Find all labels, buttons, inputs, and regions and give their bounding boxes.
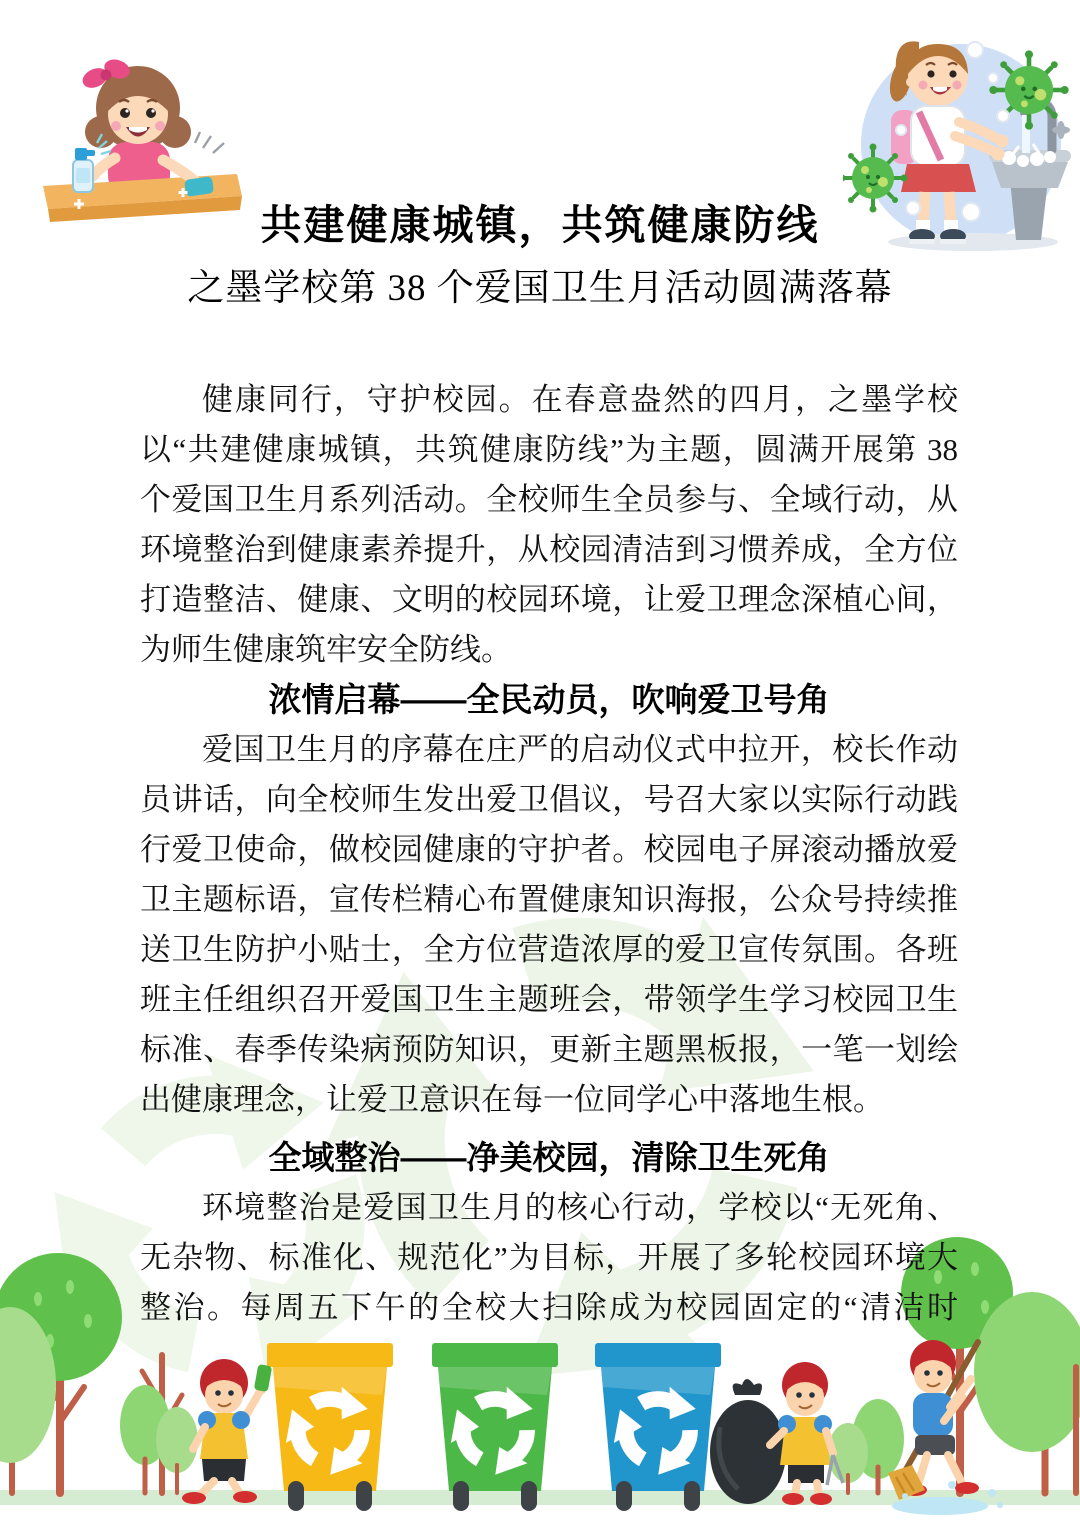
paragraph-launch: 爱国卫生月的序幕在庄严的启动仪式中拉开，校长作动员讲话，向全校师生发出爱卫倡议，… (140, 725, 958, 1125)
recycling-bin-green (432, 1343, 558, 1511)
skirt (901, 164, 976, 192)
document-page: 共建健康城镇，共筑健康防线 之墨学校第 38 个爱国卫生月活动圆满落幕 健康同行… (0, 0, 1080, 1527)
paragraph-opening: 健康同行，守护校园。在春意盎然的四月，之墨学校以“共建健康城镇，共筑健康防线”为… (140, 375, 958, 675)
recycling-bin-yellow (267, 1343, 393, 1511)
recycling-bin-blue (595, 1343, 721, 1511)
article-body: 健康同行，守护校园。在春意盎然的四月，之墨学校以“共建健康城镇，共筑健康防线”为… (140, 375, 958, 1335)
section-heading-launch: 浓情启幕——全民动员，吹响爱卫号角 (140, 675, 958, 725)
boy-with-trash-bag (770, 1362, 843, 1505)
paragraph-cleanup: 环境整治是爱国卫生月的核心行动，学校以“无死角、无杂物、标准化、规范化”为目标，… (140, 1183, 958, 1335)
sponge-icon (254, 1364, 272, 1392)
section-heading-cleanup: 全域整治——净美校园，清除卫生死角 (140, 1133, 958, 1183)
motion-marks (195, 132, 224, 153)
subtitle: 之墨学校第 38 个爱国卫生月活动圆满落幕 (0, 257, 1080, 311)
main-title: 共建健康城镇，共筑健康防线 (0, 192, 1080, 251)
